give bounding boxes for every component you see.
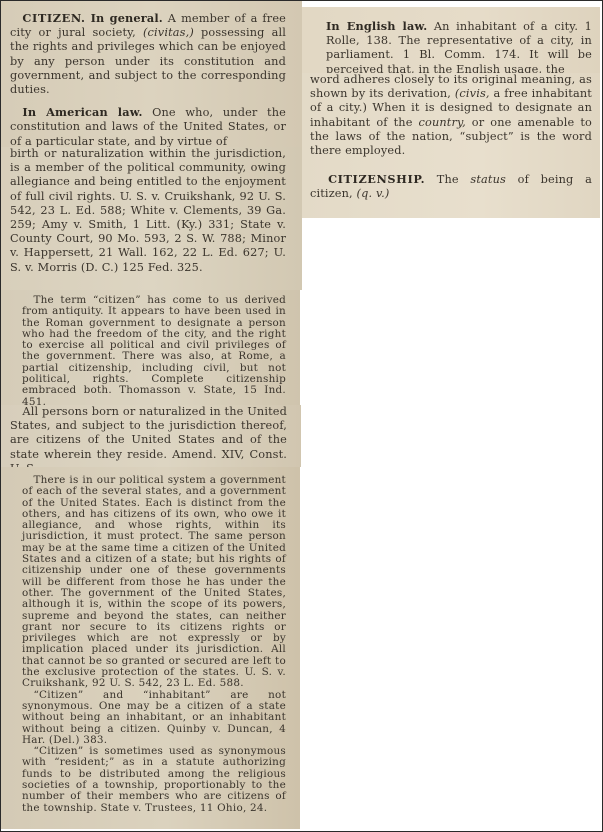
text-civis: (civis,: [455, 87, 490, 100]
headword-citizen: CITIZEN.: [22, 11, 85, 25]
entry-english-law-continued: word adheres closely to its original mea…: [302, 73, 600, 218]
subheading-american-law: In American law.: [22, 105, 142, 119]
text-country: country,: [419, 116, 466, 129]
paragraph-american-law-continued: birth or naturalization within the juris…: [10, 147, 286, 275]
paragraph-american-law-intro: In American law. One who, under the cons…: [10, 105, 286, 149]
paragraph-general: CITIZEN. In general. A member of a free …: [10, 11, 286, 97]
strip-amendment: All persons born or naturalized in the U…: [1, 405, 301, 467]
subheading-english-law: In English law.: [326, 19, 427, 33]
paragraph-english-law: In English law. An inhabitant of a city.…: [326, 19, 592, 77]
strip-antiquity: The term “citizen” has come to us derive…: [1, 290, 300, 405]
paragraph-english-law-continued: word adheres closely to its original mea…: [310, 73, 592, 158]
text-status: status: [470, 173, 506, 186]
paragraph-political-system: There is in our political system a gover…: [22, 475, 286, 690]
text-citizenship-1: The: [425, 173, 470, 186]
paragraph-antiquity: The term “citizen” has come to us derive…: [22, 295, 286, 408]
text-civitas: (civitas,): [143, 26, 194, 39]
entry-citizen-american-continued: birth or naturalization within the juris…: [1, 147, 302, 290]
strip-political-system: There is in our political system a gover…: [1, 467, 300, 829]
paragraph-resident: “Citizen” is sometimes used as synonymou…: [22, 746, 286, 814]
entry-citizenship: CITIZENSHIP. The status of being a citiz…: [310, 172, 592, 201]
paragraph-inhabitant: “Citizen” and “inhabitant” are not synon…: [22, 690, 286, 746]
paragraph-amendment: All persons born or naturalized in the U…: [10, 405, 287, 476]
text-qv: (q. v.): [357, 187, 390, 200]
entry-citizen-general: CITIZEN. In general. A member of a free …: [1, 1, 302, 147]
headword-citizenship: CITIZENSHIP.: [328, 172, 425, 186]
entry-english-law: In English law. An inhabitant of a city.…: [302, 1, 600, 73]
subheading-in-general: In general.: [91, 11, 163, 25]
